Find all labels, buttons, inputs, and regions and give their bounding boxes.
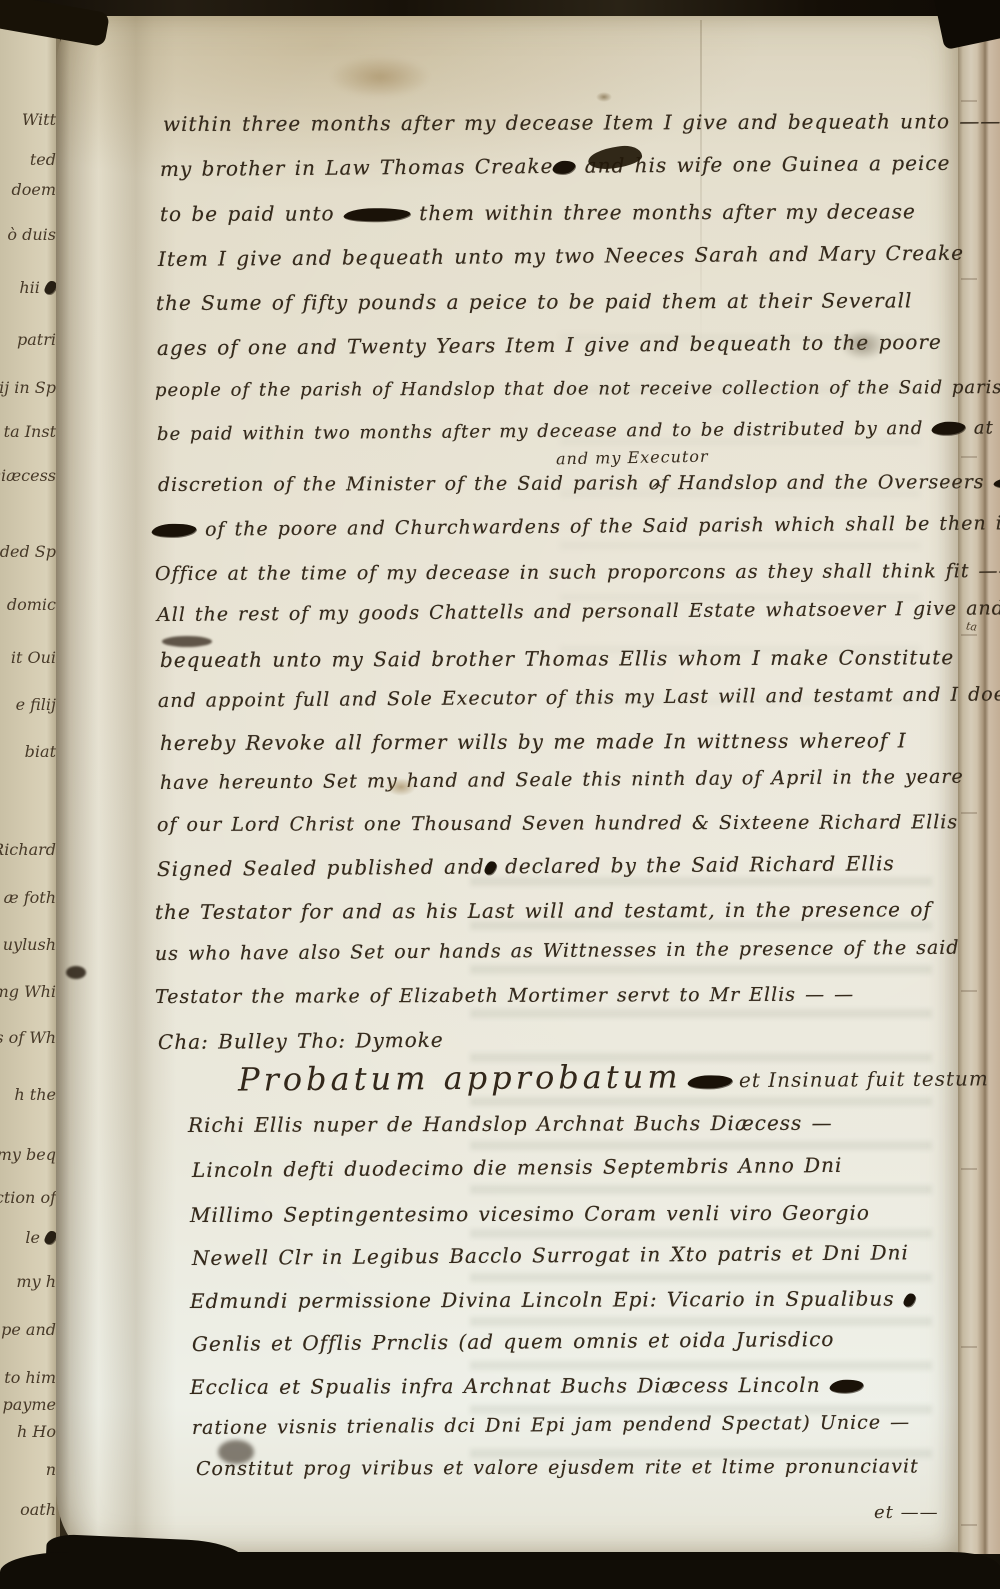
previous-page-fragment: pe and: [1, 1320, 56, 1339]
fore-edge-text-fragment: ta: [965, 619, 978, 633]
previous-page-fragment: ta Inst: [4, 422, 56, 441]
previous-page-edge: Wittteddoemò duishii patriij in Spta Ins…: [0, 10, 60, 1589]
probate-line-4: Millimo Septingentesimo vicesimo Coram v…: [190, 1201, 870, 1227]
previous-page-fragment: e filij: [16, 695, 56, 714]
previous-page-fragment: it Oui: [11, 648, 56, 667]
probate-line-2: Richi Ellis nuper de Handslop Archnat Bu…: [188, 1111, 833, 1137]
manuscript-photo: Wittteddoemò duishii patriij in Spta Ins…: [0, 0, 1000, 1589]
previous-page-fragment: ij in Sp: [0, 378, 56, 397]
will-line-11: Office at the time of my decease in such…: [155, 560, 1000, 585]
previous-page-fragment: doem: [11, 180, 56, 199]
previous-page-fragment: uylush: [3, 935, 56, 954]
will-line-17: of our Lord Christ one Thousand Seven hu…: [157, 811, 958, 836]
will-line-21: Testator the marke of Elizabeth Mortimer…: [155, 984, 854, 1008]
previous-page-fragment: s of Wh: [0, 1028, 56, 1047]
previous-page-fragment: domic: [7, 595, 56, 614]
previous-page-fragment: Diæcess: [0, 466, 56, 485]
previous-page-fragment: payme: [3, 1395, 56, 1414]
previous-page-fragment: D to him: [0, 1368, 56, 1387]
will-line-3: to be paid unto them within three months…: [160, 199, 916, 226]
catchword: et ——: [874, 1502, 939, 1523]
interlineation-text: and my Executor: [556, 447, 709, 469]
probatum-heading: Probatum approbatum: [238, 1058, 682, 1099]
probate-opening-rest: et Insinuat fuit testum: [688, 1066, 989, 1092]
will-line-7: people of the parish of Handslop that do…: [155, 377, 1000, 401]
will-line-9: discretion of the Minister of the Said p…: [158, 471, 1000, 496]
previous-page-fragment: my beq: [0, 1145, 56, 1164]
binding-top-edge: [0, 0, 1000, 16]
will-line-19: the Testator for and as his Last will an…: [155, 897, 932, 924]
previous-page-fragment: ò duis: [7, 225, 56, 244]
previous-page-fragment: my h: [16, 1272, 56, 1291]
probate-line-8: Ecclica et Spualis infra Archnat Buchs D…: [190, 1373, 863, 1399]
previous-page-fragment: ded Sp: [0, 542, 56, 561]
previous-page-fragment: mg Whi: [0, 982, 56, 1001]
previous-page-fragment: ted: [30, 150, 56, 169]
previous-page-fragment: le: [25, 1228, 56, 1247]
will-line-1: within three months after my decease Ite…: [163, 109, 1000, 136]
caret-mark: ^: [650, 480, 664, 500]
probate-line-3: Lincoln defti duodecimo die mensis Septe…: [192, 1153, 843, 1182]
book-fore-edge: ta: [958, 12, 1000, 1554]
previous-page-fragment: oath: [20, 1500, 56, 1519]
previous-page-fragment: hii: [19, 278, 56, 297]
previous-page-fragment: æ foth: [4, 888, 56, 907]
previous-page-fragment: Richard: [0, 840, 56, 859]
previous-page-fragment: patri: [17, 330, 56, 349]
probate-line-6: Edmundi permissione Divina Lincoln Epi: …: [190, 1286, 915, 1313]
previous-page-fragment: n: [46, 1460, 56, 1479]
previous-page-fragment: rection of: [0, 1188, 56, 1207]
will-line-5: the Sume of fifty pounds a peice to be p…: [156, 288, 913, 315]
previous-page-fragment: biat: [25, 742, 56, 761]
previous-page-fragment: h the: [14, 1085, 56, 1104]
probate-line-10: Constitut prog viribus et valore ejusdem…: [196, 1455, 919, 1480]
binding-bottom-edge: [0, 1552, 1000, 1589]
will-line-13: bequeath unto my Said brother Thomas Ell…: [160, 645, 954, 672]
previous-page-fragment: h Ho: [17, 1422, 56, 1441]
previous-page-fragment: Witt: [22, 110, 56, 129]
will-line-15: hereby Revoke all former wills by me mad…: [160, 728, 907, 755]
probate-opening-line: Probatum approbatum et Insinuat fuit tes…: [238, 1055, 989, 1098]
probate-line-7: Genlis et Offlis Prnclis (ad quem omnis …: [192, 1327, 835, 1356]
will-line-22: Cha: Bulley Tho: Dymoke: [158, 1028, 444, 1054]
